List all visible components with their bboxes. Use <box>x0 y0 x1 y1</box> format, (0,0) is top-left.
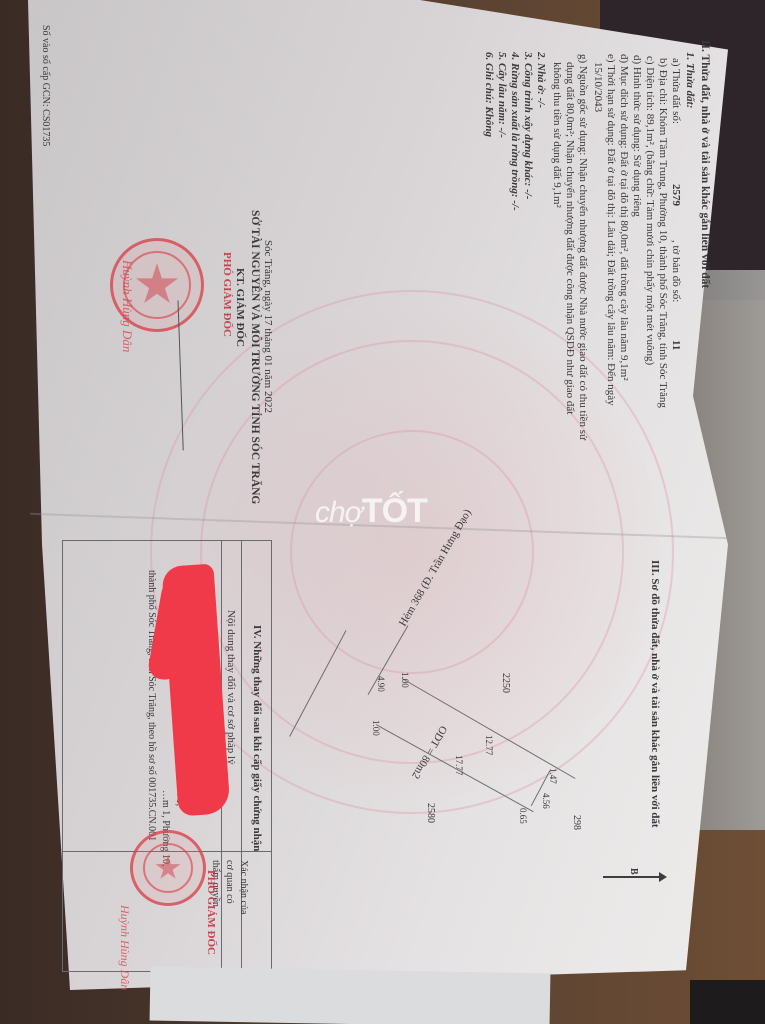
dimension-label: 1.47 <box>546 768 560 784</box>
section-iii-title: III. Sơ đồ thửa đất, nhà ở và tài sản kh… <box>648 560 662 828</box>
origin-line-3: không thu tiền sử dụng đất 9,1m² <box>550 62 564 208</box>
origin-line-2: dụng đất 80,0m²; Nhận chuyển nhượng đất … <box>563 62 577 414</box>
emblem-ring <box>290 430 534 674</box>
watermark-brand-cho: chợ <box>315 496 362 529</box>
neighbor-parcel-2580: 2580 <box>423 803 437 823</box>
underlying-sheet <box>150 967 551 1024</box>
other-construction-item: 3. Công trình xây dựng khác: -/- <box>521 52 535 199</box>
register-number: Số vào sổ cấp GCN: CS01735 <box>38 25 52 146</box>
parcel-no: 2579 <box>669 184 683 206</box>
signer-name-2: Huỳnh Hùng Dân <box>118 905 132 990</box>
dimension-label: 4.90 <box>374 676 388 692</box>
neighbor-parcel-298: 298 <box>569 815 583 830</box>
dimension-label: 17.77 <box>452 755 466 775</box>
usage-form-line: d) Hình thức sử dụng: Sử dụng riêng <box>630 55 644 217</box>
usage-term-line: e) Thời hạn sử dụng: Đất ở tại đô thị: L… <box>604 54 618 406</box>
section-iv-title: IV. Những thay đổi sau khi cấp giấy chứn… <box>250 625 264 851</box>
map-sheet-no: 11 <box>669 340 683 350</box>
issue-date: Sóc Trăng, ngày 17 tháng 01 năm 2022 <box>261 240 275 413</box>
usage-term-date: 15/10/2043 <box>591 62 605 112</box>
perennial-item: 5. Cây lâu năm: -/- <box>495 52 509 138</box>
signer-name: Huỳnh Hùng Dân <box>120 260 134 352</box>
neighbor-parcel-2250: 2250 <box>498 673 512 693</box>
official-stamp-2 <box>130 830 206 906</box>
section-ii-title: II. Thửa đất, nhà ở và tài sản khác gắn … <box>698 40 712 288</box>
change-entry-file: thành phố Sóc Trăng, tỉnh Sóc Trăng, the… <box>144 570 158 841</box>
forest-item: 4. Rừng sản xuất là rừng trồng: -/- <box>508 52 522 211</box>
map-sheet-label: , tờ bản đồ số: <box>669 240 683 302</box>
director-title: KT. GIÁM ĐỐC <box>233 268 247 347</box>
dimension-label: 1.00 <box>369 720 383 736</box>
dimension-label: 0.65 <box>516 808 530 824</box>
issuing-agency: SỞ TÀI NGUYÊN VÀ MÔI TRƯỜNG TỈNH SÓC TRĂ… <box>248 210 262 504</box>
house-item: 2. Nhà ở: -/- <box>534 52 548 108</box>
power-plug <box>690 980 765 1024</box>
chotot-watermark: chợTỐT <box>315 492 427 531</box>
notes-item: 6. Ghi chú: Không <box>482 52 496 137</box>
deputy-director-stamp-text-2: PHÓ GIÁM ĐỐC <box>204 870 218 955</box>
dimension-label: 4.56 <box>539 793 553 809</box>
area-line: c) Diện tích: 89,1m², (bằng chữ: Tám mươ… <box>643 56 657 365</box>
dimension-label: 12.77 <box>482 735 496 755</box>
changes-col-header: Nội dung thay đổi và cơ sở pháp lý <box>224 610 238 765</box>
north-arrow <box>603 876 661 878</box>
address-line: b) Địa chỉ: Khóm Tâm Trung, Phường 10, t… <box>656 58 670 408</box>
north-label: B <box>626 868 640 875</box>
parcel-no-label: a) Thửa đất số: <box>669 58 683 124</box>
watermark-brand-tot: TỐT <box>362 492 427 530</box>
usage-purpose-line: đ) Mục đích sử dụng: Đất ở tại đô thị 80… <box>617 54 631 381</box>
parcel-heading: 1. Thửa đất: <box>683 52 697 108</box>
deputy-director-stamp-text: PHÓ GIÁM ĐỐC <box>220 252 234 337</box>
origin-line: g) Nguồn gốc sử dụng: Nhận chuyển nhượng… <box>576 54 590 440</box>
dimension-label: 1.00 <box>398 672 412 688</box>
